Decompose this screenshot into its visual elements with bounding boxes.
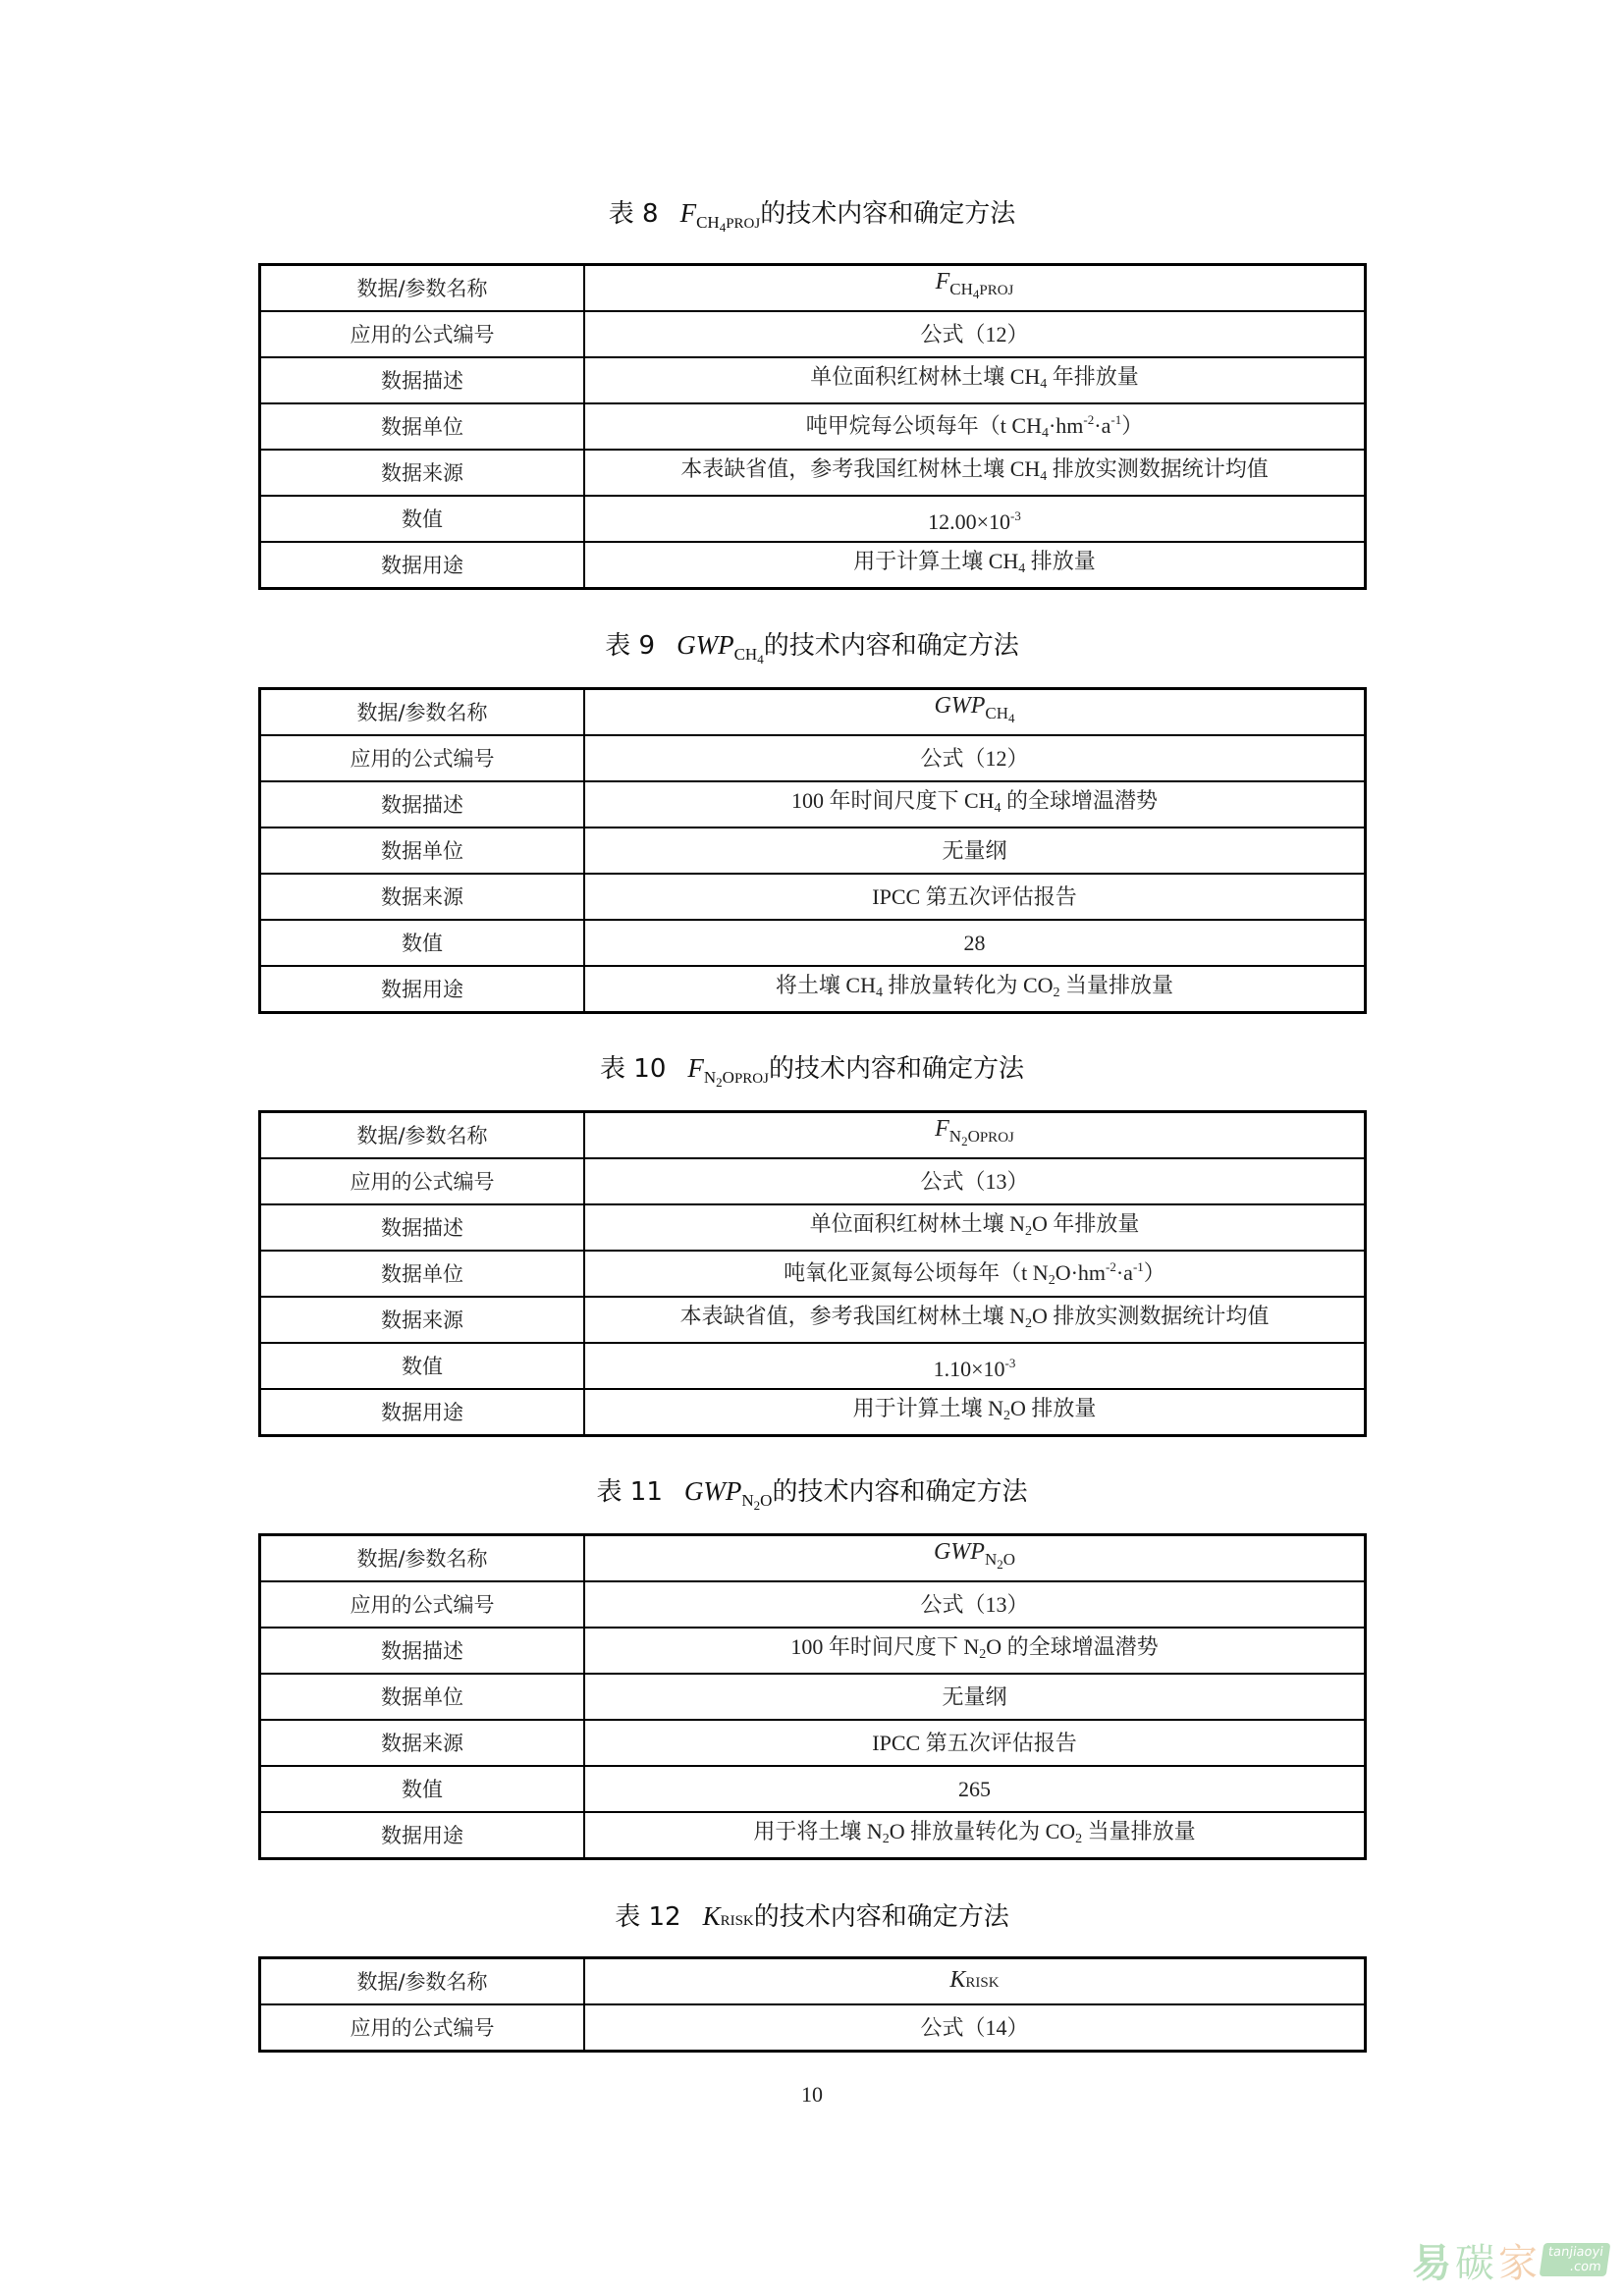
table-row: 数据描述 单位面积红树林土壤 N2O 年排放量 [260, 1204, 1366, 1251]
table-row: 数据描述 100 年时间尺度下 CH4 的全球增温潜势 [260, 781, 1366, 828]
table-row: 数据单位 吨氧化亚氮每公顷每年（t N2O·hm-2·a-1） [260, 1251, 1366, 1297]
watermark-badge: tanjiaoyi.com [1540, 2243, 1611, 2276]
table-row: 数据单位 无量纲 [260, 828, 1366, 874]
symbol-f-n2o-proj: FN2OPROJ [687, 1053, 769, 1083]
table-12: 数据/参数名称 KRISK 应用的公式编号 公式（14） [258, 1956, 1367, 2053]
table-row: 数据来源 IPCC 第五次评估报告 [260, 1720, 1366, 1766]
table-row: 数据/参数名称 GWPN2O [260, 1535, 1366, 1582]
table-11: 数据/参数名称 GWPN2O 应用的公式编号 公式（13） 数据描述 100 年… [258, 1533, 1367, 1860]
table-10: 数据/参数名称 FN2OPROJ 应用的公式编号 公式（13） 数据描述 单位面… [258, 1110, 1367, 1437]
table-row: 数据用途 用于计算土壤 CH4 排放量 [260, 542, 1366, 589]
table-row: 应用的公式编号 公式（12） [260, 311, 1366, 357]
table-row: 数据来源 本表缺省值，参考我国红树林土壤 CH4 排放实测数据统计均值 [260, 450, 1366, 496]
table-row: 数据用途 用于将土壤 N2O 排放量转化为 CO2 当量排放量 [260, 1812, 1366, 1859]
table-row: 数值 12.00×10-3 [260, 496, 1366, 542]
table-row: 数据用途 将土壤 CH4 排放量转化为 CO2 当量排放量 [260, 966, 1366, 1013]
table-row: 数据描述 100 年时间尺度下 N2O 的全球增温潜势 [260, 1628, 1366, 1674]
watermark-char: 家 [1498, 2232, 1538, 2288]
table-12-caption: 表 12KRISK的技术内容和确定方法 [0, 1899, 1624, 1938]
table-row: 应用的公式编号 公式（14） [260, 2004, 1366, 2052]
table-row: 应用的公式编号 公式（13） [260, 1158, 1366, 1204]
table-row: 应用的公式编号 公式（12） [260, 735, 1366, 781]
watermark-logo: 易 碳 家 tanjiaoyi.com [1412, 2230, 1608, 2289]
watermark-char: 易 [1412, 2232, 1451, 2288]
table-row: 数据单位 无量纲 [260, 1674, 1366, 1720]
symbol-f-ch4-proj: FCH4PROJ [680, 198, 761, 228]
table-row: 数值 28 [260, 920, 1366, 966]
symbol-k-risk: KRISK [703, 1901, 754, 1931]
table-row: 数据/参数名称 GWPCH4 [260, 689, 1366, 736]
symbol-gwp-n2o: GWPN2O [684, 1476, 773, 1506]
page-number: 10 [0, 2082, 1624, 2108]
symbol-gwp-ch4: GWPCH4 [677, 630, 764, 660]
table-row: 数据单位 吨甲烷每公顷每年（t CH4·hm-2·a-1） [260, 403, 1366, 450]
table-row: 应用的公式编号 公式（13） [260, 1581, 1366, 1628]
table-row: 数据来源 本表缺省值，参考我国红树林土壤 N2O 排放实测数据统计均值 [260, 1297, 1366, 1343]
table-8-caption: 表 8FCH4PROJ的技术内容和确定方法 [0, 196, 1624, 244]
table-8: 数据/参数名称 FCH4PROJ 应用的公式编号 公式（12） 数据描述 单位面… [258, 263, 1367, 590]
table-9-caption: 表 9GWPCH4的技术内容和确定方法 [0, 628, 1624, 676]
table-row: 数值 1.10×10-3 [260, 1343, 1366, 1389]
watermark-char: 碳 [1455, 2232, 1494, 2288]
table-row: 数据描述 单位面积红树林土壤 CH4 年排放量 [260, 357, 1366, 403]
table-9: 数据/参数名称 GWPCH4 应用的公式编号 公式（12） 数据描述 100 年… [258, 687, 1367, 1014]
table-row: 数据/参数名称 FN2OPROJ [260, 1112, 1366, 1159]
table-row: 数据用途 用于计算土壤 N2O 排放量 [260, 1389, 1366, 1436]
table-10-caption: 表 10FN2OPROJ的技术内容和确定方法 [0, 1051, 1624, 1099]
table-row: 数据来源 IPCC 第五次评估报告 [260, 874, 1366, 920]
table-row: 数值 265 [260, 1766, 1366, 1812]
table-row: 数据/参数名称 FCH4PROJ [260, 265, 1366, 312]
table-row: 数据/参数名称 KRISK [260, 1958, 1366, 2005]
table-11-caption: 表 11GWPN2O的技术内容和确定方法 [0, 1474, 1624, 1522]
